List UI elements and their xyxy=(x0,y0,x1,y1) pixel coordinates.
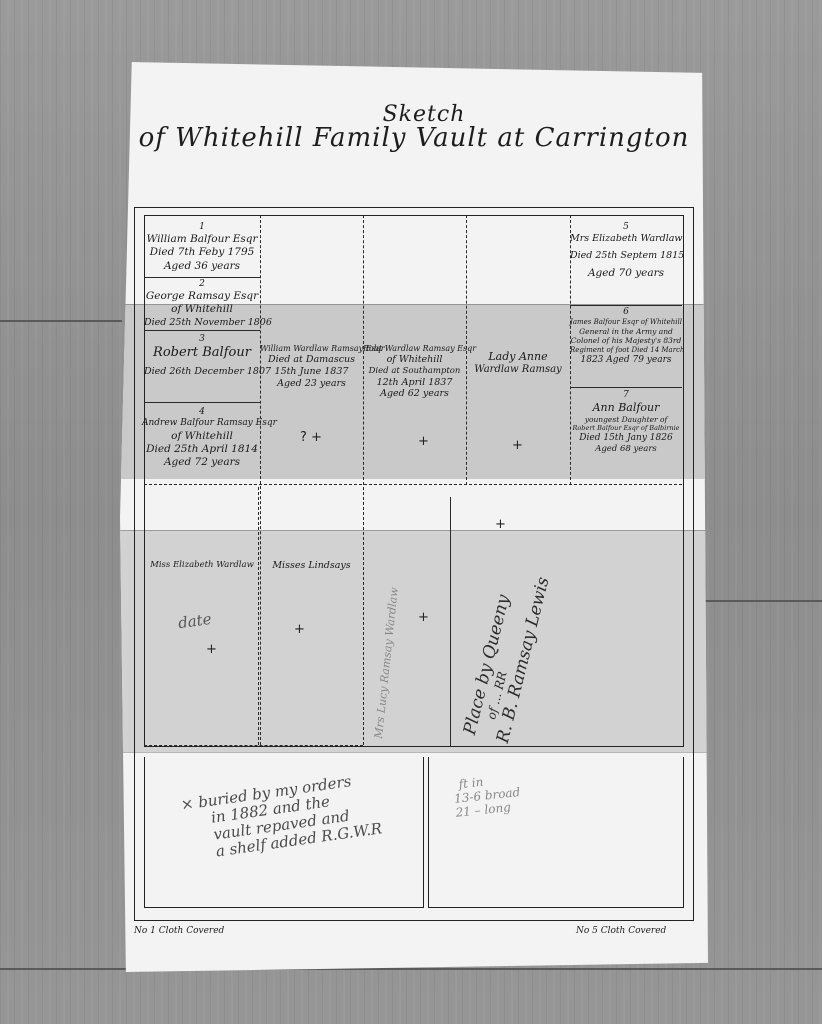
column-divider xyxy=(258,487,259,745)
column-divider xyxy=(363,487,364,745)
floor-plank-seam xyxy=(705,600,822,602)
row-divider xyxy=(144,402,260,403)
burial-mark: + xyxy=(294,622,305,637)
footer-note-right: No 5 Cloth Covered xyxy=(576,926,666,936)
vault-entry-6: 6 James Balfour Esqr of Whitehill Genera… xyxy=(570,307,682,366)
title-main: of Whitehill Family Vault at Carrington xyxy=(120,123,708,153)
pencil-vault-measurements: ft in 13-6 broad 21 – long xyxy=(452,771,522,820)
vault-entry-3: 3 Robert Balfour Died 26th December 1807 xyxy=(144,334,260,377)
floor-plank-seam xyxy=(0,320,122,322)
burial-mark: + xyxy=(418,434,429,449)
column-divider xyxy=(260,215,261,745)
vault-entry-robert-wardlaw-ramsay: Robt Wardlaw Ramsay Esqr of Whitehill Di… xyxy=(363,344,466,400)
burial-mark: + xyxy=(512,438,523,453)
lower-entry-miss-elizabeth-wardlaw: Miss Elizabeth Wardlaw xyxy=(144,560,260,571)
vault-entry-2: 2 George Ramsay Esqr of Whitehill Died 2… xyxy=(144,279,260,328)
burial-mark: + xyxy=(418,610,429,625)
row-divider xyxy=(570,305,682,306)
pencil-divider xyxy=(450,497,451,747)
burial-mark: + xyxy=(206,642,217,657)
row-divider xyxy=(144,277,260,278)
vault-entry-7: 7 Ann Balfour youngest Daughter of Rober… xyxy=(570,390,682,454)
vault-entry-1: 1 William Balfour Esqr Died 7th Feby 179… xyxy=(144,222,260,273)
lower-entry-misses-lindsays: Misses Lindsays xyxy=(260,560,363,572)
burial-mark: ? + xyxy=(300,430,322,445)
floor-plank-seam xyxy=(0,968,822,970)
vault-entry-4: 4 Andrew Balfour Ramsay Esqr of Whitehil… xyxy=(142,407,262,469)
vault-sketch-document: Sketch of Whitehill Family Vault at Carr… xyxy=(120,62,708,972)
vault-entry-lady-anne-wardlaw-ramsay: Lady Anne Wardlaw Ramsay xyxy=(466,350,570,376)
row-divider xyxy=(144,484,682,485)
vault-entry-5: 5 Mrs Elizabeth Wardlaw Died 25th Septem… xyxy=(570,222,682,280)
document-title: Sketch of Whitehill Family Vault at Carr… xyxy=(120,102,708,153)
vault-entry-william-wardlaw-ramsay: William Wardlaw Ramsay Esqr Died at Dama… xyxy=(260,344,363,390)
row-divider xyxy=(570,387,682,388)
row-divider xyxy=(144,745,363,746)
burial-mark: + xyxy=(495,517,506,532)
footer-note-left: No 1 Cloth Covered xyxy=(134,926,224,936)
row-divider xyxy=(144,330,260,331)
